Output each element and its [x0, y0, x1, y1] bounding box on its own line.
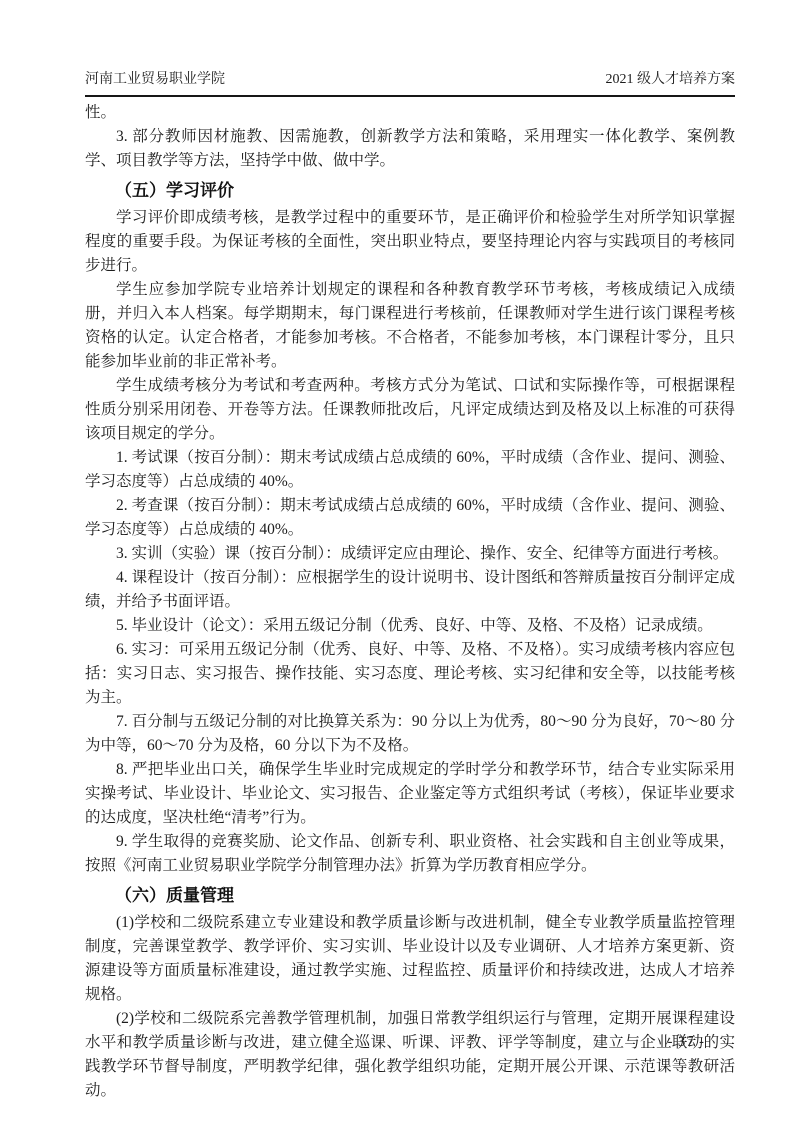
- paragraph-continuation: 性。: [85, 101, 735, 125]
- paragraph: (2)学校和二级院系完善教学管理机制，加强日常教学组织运行与管理，定期开展课程建…: [85, 1007, 735, 1103]
- document-body: 性。 3. 部分教师因材施教、因需施教，创新教学方法和策略，采用理实一体化教学、…: [85, 101, 735, 1103]
- list-item-paragraph: 1. 考试课（按百分制）：期末考试成绩占总成绩的 60%，平时成绩（含作业、提问…: [85, 446, 735, 494]
- header-school-name: 河南工业贸易职业学院: [85, 71, 225, 89]
- paragraph: (1)学校和二级院系建立专业建设和教学质量诊断与改进机制，健全专业教学质量监控管…: [85, 911, 735, 1007]
- section-heading-quality-management: （六）质量管理: [85, 883, 735, 909]
- list-item-paragraph: 3. 实训（实验）课（按百分制）：成绩评定应由理论、操作、安全、纪律等方面进行考…: [85, 542, 735, 566]
- list-item-paragraph: 2. 考查课（按百分制）：期末考试成绩占总成绩的 60%，平时成绩（含作业、提问…: [85, 494, 735, 542]
- list-item-paragraph: 9. 学生取得的竞赛奖励、论文作品、创新专利、职业资格、社会实践和自主创业等成果…: [85, 830, 735, 878]
- paragraph: 3. 部分教师因材施教、因需施教，创新教学方法和策略，采用理实一体化教学、案例教…: [85, 125, 735, 173]
- list-item-paragraph: 4. 课程设计（按百分制）：应根据学生的设计说明书、设计图纸和答辩质量按百分制评…: [85, 566, 735, 614]
- running-header: 河南工业贸易职业学院 2021 级人才培养方案: [85, 0, 735, 97]
- section-heading-learning-evaluation: （五）学习评价: [85, 178, 735, 204]
- page-content: 河南工业贸易职业学院 2021 级人才培养方案 性。 3. 部分教师因材施教、因…: [85, 0, 735, 1103]
- paragraph: 学生成绩考核分为考试和考查两种。考核方式分为笔试、口试和实际操作等，可根据课程性…: [85, 374, 735, 446]
- list-item-paragraph: 8. 严把毕业出口关，确保学生毕业时完成规定的学时学分和教学环节，结合专业实际采…: [85, 758, 735, 830]
- list-item-paragraph: 5. 毕业设计（论文）：采用五级记分制（优秀、良好、中等、及格、不及格）记录成绩…: [85, 614, 735, 638]
- paragraph: 学生应参加学院专业培养计划规定的课程和各种教育教学环节考核，考核成绩记入成绩册，…: [85, 278, 735, 374]
- paragraph: 学习评价即成绩考核，是教学过程中的重要环节，是正确评价和检验学生对所学知识掌握程…: [85, 206, 735, 278]
- header-doc-title: 2021 级人才培养方案: [606, 71, 736, 89]
- document-page: 河南工业贸易职业学院 2021 级人才培养方案 性。 3. 部分教师因材施教、因…: [0, 0, 793, 1122]
- page-number: - 37 -: [668, 1033, 705, 1051]
- list-item-paragraph: 7. 百分制与五级记分制的对比换算关系为：90 分以上为优秀，80～90 分为良…: [85, 710, 735, 758]
- list-item-paragraph: 6. 实习：可采用五级记分制（优秀、良好、中等、及格、不及格）。实习成绩考核内容…: [85, 638, 735, 710]
